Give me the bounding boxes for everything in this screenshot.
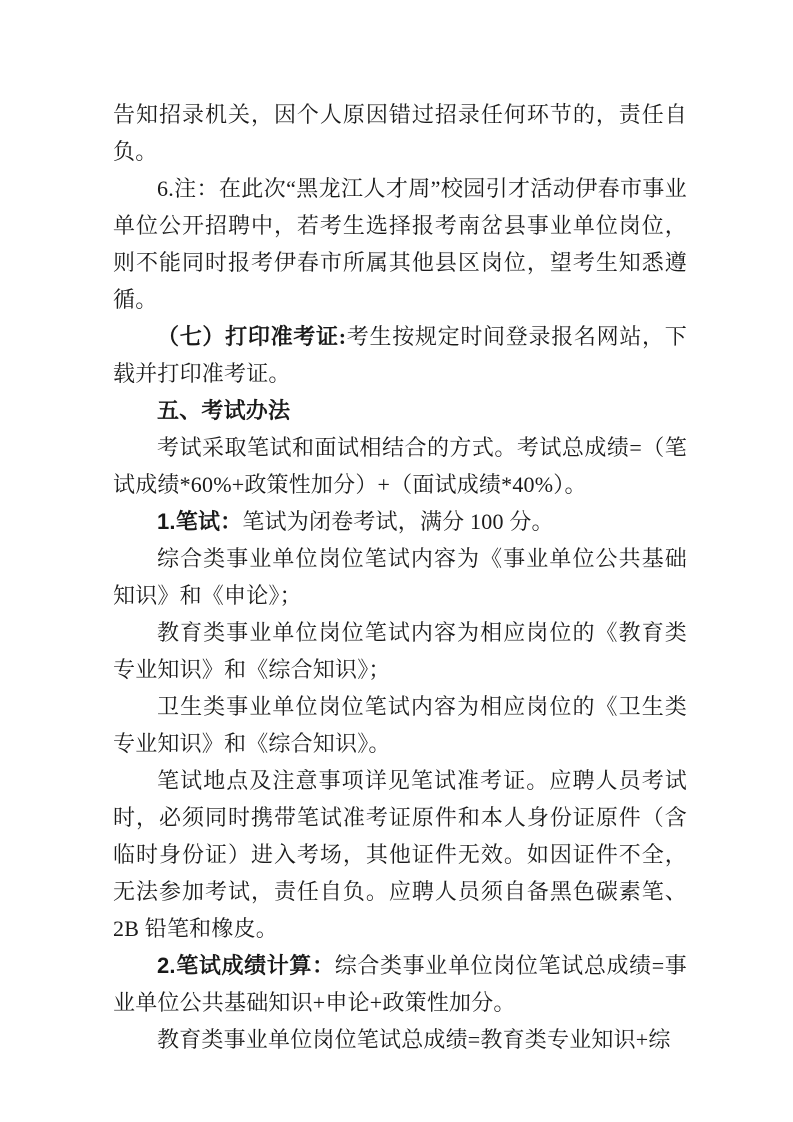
document-page: 告知招录机关，因个人原因错过招录任何环节的，责任自负。 6.注：在此次“黑龙江人… bbox=[0, 0, 793, 1122]
paragraph-note-6: 6.注：在此次“黑龙江人才周”校园引才活动伊春市事业单位公开招聘中，若考生选择报… bbox=[113, 170, 687, 318]
paragraph-print-admission-ticket: （七）打印准考证:考生按规定时间登录报名网站，下载并打印准考证。 bbox=[113, 318, 687, 392]
paragraph-text-written-exam: 笔试为闭卷考试，满分 100 分。 bbox=[242, 509, 553, 534]
paragraph-written-score-calculation: 2.笔试成绩计算：综合类事业单位岗位笔试总成绩=事业单位公共基础知识+申论+政策… bbox=[113, 947, 687, 1021]
paragraph-education-score-formula: 教育类事业单位岗位笔试总成绩=教育类专业知识+综 bbox=[113, 1021, 687, 1058]
paragraph-health-positions-content: 卫生类事业单位岗位笔试内容为相应岗位的《卫生类专业知识》和《综合知识》。 bbox=[113, 688, 687, 762]
paragraph-liability-continuation: 告知招录机关，因个人原因错过招录任何环节的，责任自负。 bbox=[113, 96, 687, 170]
section-heading-exam-methods: 五、考试办法 bbox=[113, 392, 687, 429]
paragraph-lead-print-ticket: （七）打印准考证: bbox=[157, 324, 346, 349]
paragraph-written-exam: 1.笔试：笔试为闭卷考试，满分 100 分。 bbox=[113, 503, 687, 540]
paragraph-exam-total-score-formula: 考试采取笔试和面试相结合的方式。考试总成绩=（笔试成绩*60%+政策性加分）+（… bbox=[113, 429, 687, 503]
paragraph-education-positions-content: 教育类事业单位岗位笔试内容为相应岗位的《教育类专业知识》和《综合知识》； bbox=[113, 614, 687, 688]
paragraph-lead-written-exam: 1.笔试： bbox=[157, 509, 242, 534]
paragraph-comprehensive-positions-content: 综合类事业单位岗位笔试内容为《事业单位公共基础知识》和《申论》； bbox=[113, 540, 687, 614]
document-content: 告知招录机关，因个人原因错过招录任何环节的，责任自负。 6.注：在此次“黑龙江人… bbox=[113, 96, 687, 1058]
paragraph-exam-location-and-requirements: 笔试地点及注意事项详见笔试准考证。应聘人员考试时，必须同时携带笔试准考证原件和本… bbox=[113, 762, 687, 947]
paragraph-lead-score-calculation: 2.笔试成绩计算： bbox=[157, 953, 335, 978]
